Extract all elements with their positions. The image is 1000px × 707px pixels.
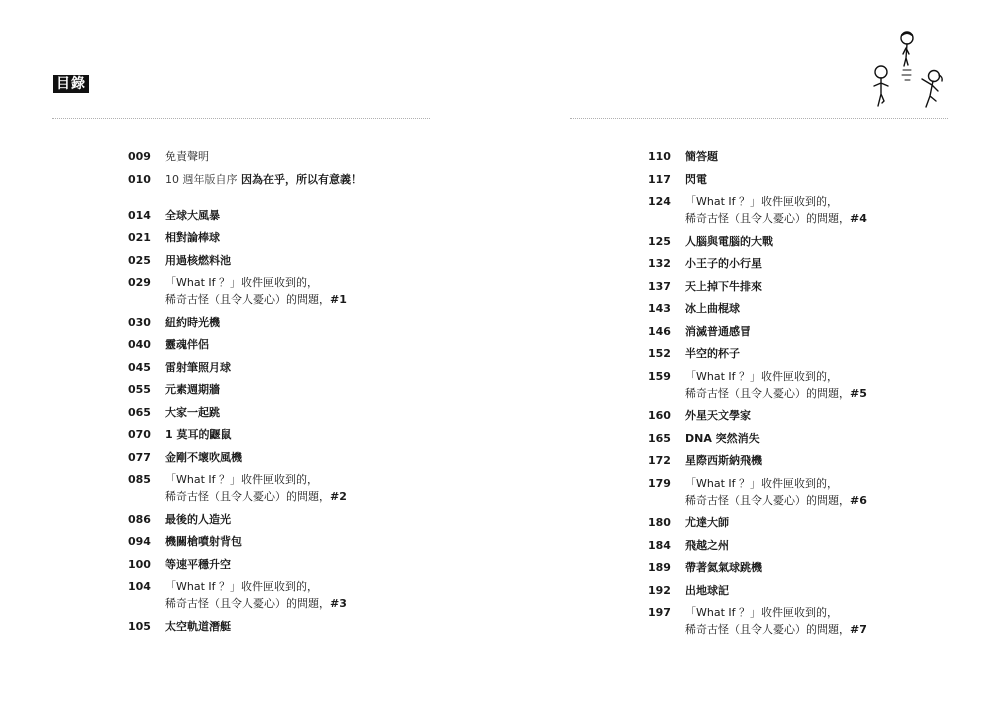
toc-entry[interactable]: 055元素週期牆 bbox=[128, 381, 362, 398]
entry-title: 免責聲明 bbox=[165, 148, 209, 165]
entry-line1: 「What If ？」收件匣收到的， bbox=[685, 604, 867, 621]
entry-title: 用過核燃料池 bbox=[165, 252, 231, 269]
entry-title: 太空軌道潛艇 bbox=[165, 618, 231, 635]
page-number: 009 bbox=[128, 148, 165, 165]
toc-entry-inbox[interactable]: 029 「What If ？」收件匣收到的，稀奇古怪（且令人憂心）的問題，#1 bbox=[128, 274, 362, 308]
toc-entry-inbox[interactable]: 124 「What If ？」收件匣收到的，稀奇古怪（且令人憂心）的問題，#4 bbox=[648, 193, 867, 227]
entry-title: 消滅普通感冒 bbox=[685, 323, 751, 340]
page-number: 040 bbox=[128, 336, 165, 353]
toc-entry[interactable]: 125人腦與電腦的大戰 bbox=[648, 233, 867, 250]
entry-title: 人腦與電腦的大戰 bbox=[685, 233, 773, 250]
entry-tag: #2 bbox=[330, 490, 347, 503]
entry-tag: #1 bbox=[330, 293, 347, 306]
entry-tag: #3 bbox=[330, 597, 347, 610]
page-number: 014 bbox=[128, 207, 165, 224]
stick-figures-jumping-icon bbox=[862, 28, 948, 114]
entry-tag: #5 bbox=[850, 387, 867, 400]
toc-entry[interactable]: 0701 莫耳的鼴鼠 bbox=[128, 426, 362, 443]
page-number: 165 bbox=[648, 430, 685, 447]
page-number: 172 bbox=[648, 452, 685, 469]
entry-title: 簡答題 bbox=[685, 148, 718, 165]
page-number: 100 bbox=[128, 556, 165, 573]
page-number: 025 bbox=[128, 252, 165, 269]
entry-title: DNA 突然消失 bbox=[685, 430, 760, 447]
page-number: 094 bbox=[128, 533, 165, 550]
entry-line2: 稀奇古怪（且令人憂心）的問題， bbox=[685, 494, 850, 507]
entry-title: 飛越之州 bbox=[685, 537, 729, 554]
toc-entry[interactable]: 010 10 週年版自序 因為在乎，所以有意義！ bbox=[128, 171, 362, 188]
page-number: 045 bbox=[128, 359, 165, 376]
page-number: 137 bbox=[648, 278, 685, 295]
page-number: 125 bbox=[648, 233, 685, 250]
toc-column-right: 110簡答題 117閃電 124 「What If ？」收件匣收到的，稀奇古怪（… bbox=[648, 148, 867, 644]
entry-line1: 「What If ？」收件匣收到的， bbox=[165, 471, 347, 488]
entry-line1: 「What If ？」收件匣收到的， bbox=[165, 578, 347, 595]
page-title: 目錄 bbox=[53, 75, 89, 93]
entry-title: 半空的杯子 bbox=[685, 345, 740, 362]
page-number: 105 bbox=[128, 618, 165, 635]
entry-line2: 稀奇古怪（且令人憂心）的問題， bbox=[685, 623, 850, 636]
page-number: 104 bbox=[128, 578, 165, 612]
entry-title: 1 莫耳的鼴鼠 bbox=[165, 426, 231, 443]
entry-line2: 稀奇古怪（且令人憂心）的問題， bbox=[165, 597, 330, 610]
toc-entry[interactable]: 146消滅普通感冒 bbox=[648, 323, 867, 340]
entry-title: 冰上曲棍球 bbox=[685, 300, 740, 317]
entry-title: 元素週期牆 bbox=[165, 381, 220, 398]
toc-entry[interactable]: 065大家一起跳 bbox=[128, 404, 362, 421]
entry-title: 帶著氦氣球跳機 bbox=[685, 559, 762, 576]
entry-title: 雷射筆照月球 bbox=[165, 359, 231, 376]
entry-line1: 「What If ？」收件匣收到的， bbox=[685, 368, 867, 385]
toc-entry[interactable]: 137天上掉下牛排來 bbox=[648, 278, 867, 295]
entry-title: 天上掉下牛排來 bbox=[685, 278, 762, 295]
entry-title: 全球大風暴 bbox=[165, 207, 220, 224]
page-number: 065 bbox=[128, 404, 165, 421]
toc-entry[interactable]: 110簡答題 bbox=[648, 148, 867, 165]
page-number: 146 bbox=[648, 323, 685, 340]
page-number: 189 bbox=[648, 559, 685, 576]
entry-title: 靈魂伴侶 bbox=[165, 336, 209, 353]
toc-entry-inbox[interactable]: 179 「What If ？」收件匣收到的，稀奇古怪（且令人憂心）的問題，#6 bbox=[648, 475, 867, 509]
divider-left bbox=[52, 118, 430, 119]
toc-entry[interactable]: 045雷射筆照月球 bbox=[128, 359, 362, 376]
toc-entry[interactable]: 094機關槍噴射背包 bbox=[128, 533, 362, 550]
page-number: 179 bbox=[648, 475, 685, 509]
page-number: 010 bbox=[128, 171, 165, 188]
page-number: 152 bbox=[648, 345, 685, 362]
page-number: 143 bbox=[648, 300, 685, 317]
entry-line2: 稀奇古怪（且令人憂心）的問題， bbox=[165, 490, 330, 503]
page-number: 085 bbox=[128, 471, 165, 505]
toc-entry[interactable]: 100等速平穩升空 bbox=[128, 556, 362, 573]
page-number: 159 bbox=[648, 368, 685, 402]
page-number: 021 bbox=[128, 229, 165, 246]
entry-line2: 稀奇古怪（且令人憂心）的問題， bbox=[685, 212, 850, 225]
entry-title: 相對論棒球 bbox=[165, 229, 220, 246]
toc-column-left: 009 免責聲明 010 10 週年版自序 因為在乎，所以有意義！ 014全球大… bbox=[128, 148, 362, 640]
page-number: 160 bbox=[648, 407, 685, 424]
entry-line1: 「What If ？」收件匣收到的， bbox=[165, 274, 347, 291]
entry-title: 紐約時光機 bbox=[165, 314, 220, 331]
toc-entry[interactable]: 117閃電 bbox=[648, 171, 867, 188]
entry-title: 出地球記 bbox=[685, 582, 729, 599]
page-number: 110 bbox=[648, 148, 685, 165]
entry-line1: 「What If ？」收件匣收到的， bbox=[685, 475, 867, 492]
toc-entry[interactable]: 180尤達大師 bbox=[648, 514, 867, 531]
toc-entry[interactable]: 143冰上曲棍球 bbox=[648, 300, 867, 317]
toc-entry[interactable]: 172星際西斯納飛機 bbox=[648, 452, 867, 469]
toc-entry[interactable]: 192出地球記 bbox=[648, 582, 867, 599]
entry-line2: 稀奇古怪（且令人憂心）的問題， bbox=[685, 387, 850, 400]
page-number: 180 bbox=[648, 514, 685, 531]
page-number: 029 bbox=[128, 274, 165, 308]
toc-entry[interactable]: 009 免責聲明 bbox=[128, 148, 362, 165]
toc-entry-inbox[interactable]: 159 「What If ？」收件匣收到的，稀奇古怪（且令人憂心）的問題，#5 bbox=[648, 368, 867, 402]
page-number: 055 bbox=[128, 381, 165, 398]
toc-entry[interactable]: 014全球大風暴 bbox=[128, 207, 362, 224]
entry-line2: 稀奇古怪（且令人憂心）的問題， bbox=[165, 293, 330, 306]
toc-entry[interactable]: 132小王子的小行星 bbox=[648, 255, 867, 272]
page-number: 117 bbox=[648, 171, 685, 188]
toc-entry[interactable]: 152半空的杯子 bbox=[648, 345, 867, 362]
page-number: 077 bbox=[128, 449, 165, 466]
entry-title: 最後的人造光 bbox=[165, 511, 231, 528]
toc-entry[interactable]: 021相對論棒球 bbox=[128, 229, 362, 246]
page-number: 070 bbox=[128, 426, 165, 443]
toc-entry[interactable]: 189帶著氦氣球跳機 bbox=[648, 559, 867, 576]
entry-title: 等速平穩升空 bbox=[165, 556, 231, 573]
page-number: 184 bbox=[648, 537, 685, 554]
entry-tag: #6 bbox=[850, 494, 867, 507]
entry-title: 尤達大師 bbox=[685, 514, 729, 531]
entry-title: 大家一起跳 bbox=[165, 404, 220, 421]
page-number: 030 bbox=[128, 314, 165, 331]
page-number: 192 bbox=[648, 582, 685, 599]
page-number: 086 bbox=[128, 511, 165, 528]
entry-title: 機關槍噴射背包 bbox=[165, 533, 242, 550]
toc-entry[interactable]: 160外星天文學家 bbox=[648, 407, 867, 424]
toc-entry-inbox[interactable]: 197 「What If ？」收件匣收到的，稀奇古怪（且令人憂心）的問題，#7 bbox=[648, 604, 867, 638]
toc-entry[interactable]: 105太空軌道潛艇 bbox=[128, 618, 362, 635]
entry-title: 外星天文學家 bbox=[685, 407, 751, 424]
page-number: 197 bbox=[648, 604, 685, 638]
entry-prefix: 10 週年版自序 bbox=[165, 173, 238, 186]
toc-entry[interactable]: 165DNA 突然消失 bbox=[648, 430, 867, 447]
toc-entry[interactable]: 077金剛不壞吹風機 bbox=[128, 449, 362, 466]
page-number: 132 bbox=[648, 255, 685, 272]
entry-tag: #4 bbox=[850, 212, 867, 225]
entry-title: 星際西斯納飛機 bbox=[685, 452, 762, 469]
entry-line1: 「What If ？」收件匣收到的， bbox=[685, 193, 867, 210]
toc-entry[interactable]: 030紐約時光機 bbox=[128, 314, 362, 331]
divider-right bbox=[570, 118, 948, 119]
entry-title: 閃電 bbox=[685, 171, 707, 188]
toc-entry-inbox[interactable]: 085 「What If ？」收件匣收到的，稀奇古怪（且令人憂心）的問題，#2 bbox=[128, 471, 362, 505]
entry-tag: #7 bbox=[850, 623, 867, 636]
toc-entry[interactable]: 184飛越之州 bbox=[648, 537, 867, 554]
entry-title: 因為在乎，所以有意義！ bbox=[241, 173, 362, 186]
toc-entry[interactable]: 086最後的人造光 bbox=[128, 511, 362, 528]
toc-entry[interactable]: 025用過核燃料池 bbox=[128, 252, 362, 269]
entry-title: 金剛不壞吹風機 bbox=[165, 449, 242, 466]
entry-title: 小王子的小行星 bbox=[685, 255, 762, 272]
toc-entry-inbox[interactable]: 104 「What If ？」收件匣收到的，稀奇古怪（且令人憂心）的問題，#3 bbox=[128, 578, 362, 612]
toc-entry[interactable]: 040靈魂伴侶 bbox=[128, 336, 362, 353]
page-number: 124 bbox=[648, 193, 685, 227]
